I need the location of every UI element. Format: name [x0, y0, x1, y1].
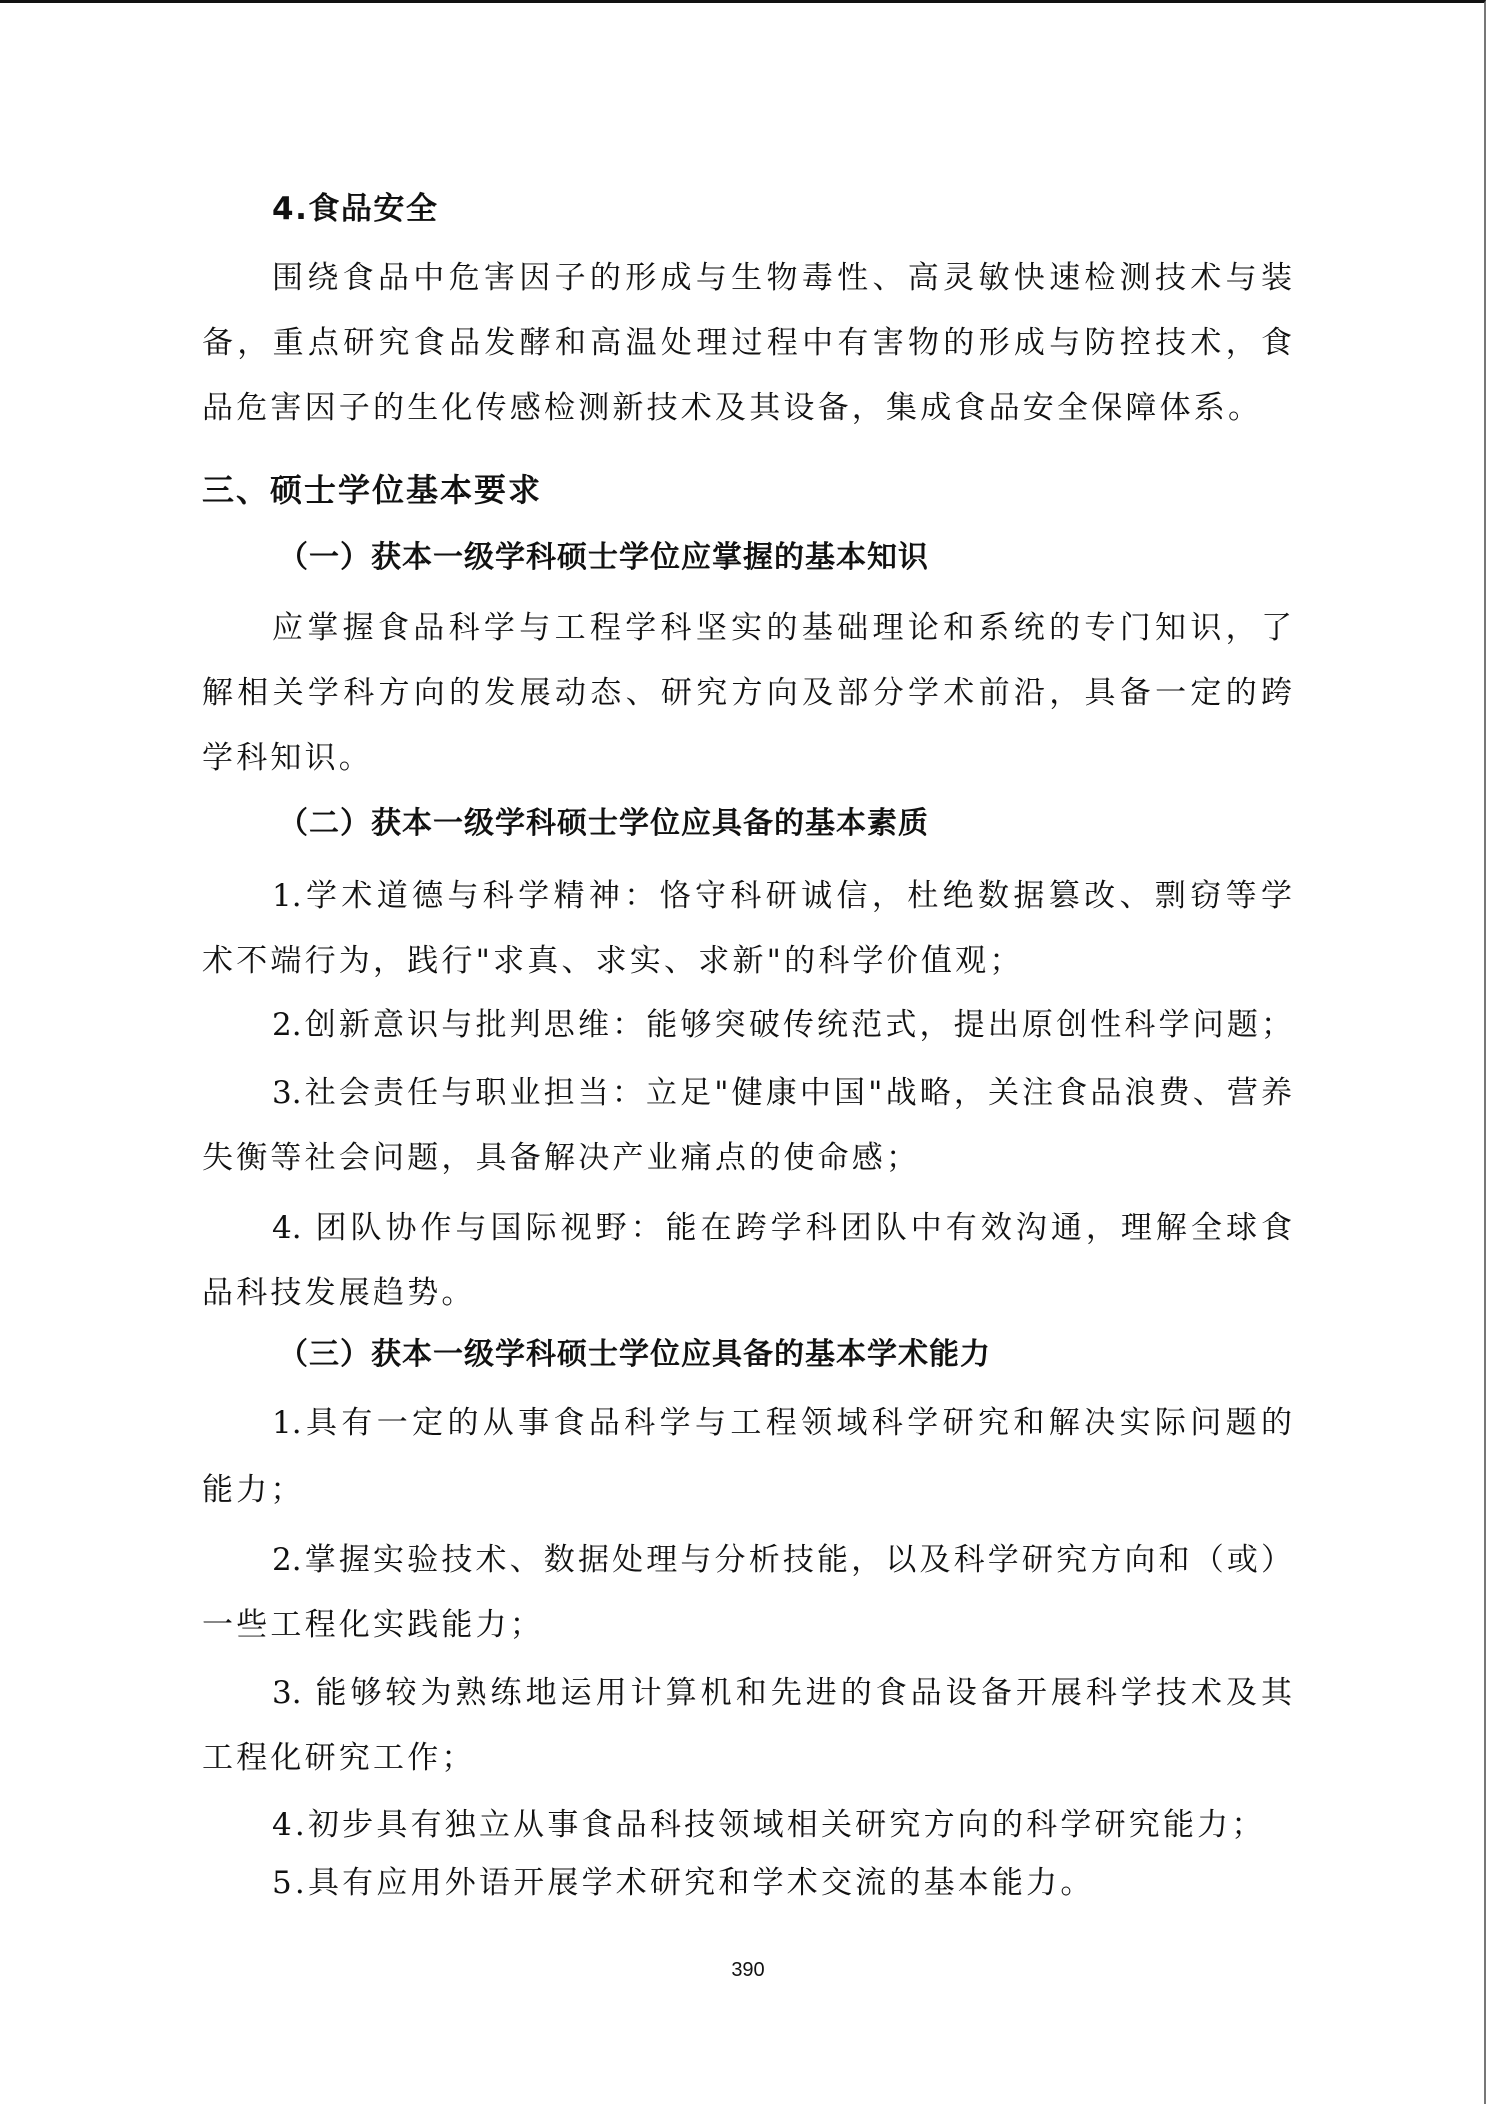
list-item-line: 2.创新意识与批判思维：能够突破传统范式，提出原创性科学问题； — [272, 1000, 1292, 1050]
list-item-line: 1.学术道德与科学精神：恪守科研诚信，杜绝数据篡改、剽窃等学 — [272, 871, 1292, 921]
list-item-line: 4. 团队协作与国际视野：能在跨学科团队中有效沟通，理解全球食 — [272, 1203, 1292, 1253]
subsection-heading-knowledge: （一）获本一级学科硕士学位应掌握的基本知识 — [278, 533, 1368, 583]
paragraph-line: 围绕食品中危害因子的形成与生物毒性、高灵敏快速检测技术与装 — [272, 253, 1292, 303]
list-item-line: 3. 能够较为熟练地运用计算机和先进的食品设备开展科学技术及其 — [272, 1668, 1292, 1718]
list-item-line: 2.掌握实验技术、数据处理与分析技能，以及科学研究方向和（或） — [272, 1535, 1292, 1585]
list-item-line: 4.初步具有独立从事食品科技领域相关研究方向的科学研究能力； — [272, 1800, 1292, 1850]
list-item-line: 3.社会责任与职业担当：立足"健康中国"战略，关注食品浪费、营养 — [272, 1068, 1292, 1118]
list-item-line: 术不端行为，践行"求真、求实、求新"的科学价值观； — [202, 936, 1292, 986]
paragraph-line: 备，重点研究食品发酵和高温处理过程中有害物的形成与防控技术，食 — [202, 318, 1292, 368]
subheading-food-safety: 4.食品安全 — [272, 184, 1292, 234]
list-item-line: 工程化研究工作； — [202, 1733, 1292, 1783]
paragraph-line: 学科知识。 — [202, 733, 1292, 783]
page-number: 390 — [724, 1959, 772, 1982]
list-item-line: 失衡等社会问题，具备解决产业痛点的使命感； — [202, 1133, 1292, 1183]
list-item-line: 能力； — [202, 1465, 1292, 1515]
subsection-heading-abilities: （三）获本一级学科硕士学位应具备的基本学术能力 — [278, 1330, 1368, 1380]
paragraph-line: 品危害因子的生化传感检测新技术及其设备，集成食品安全保障体系。 — [202, 383, 1292, 433]
list-item-line: 一些工程化实践能力； — [202, 1600, 1292, 1650]
document-page: 4.食品安全 围绕食品中危害因子的形成与生物毒性、高灵敏快速检测技术与装 备，重… — [0, 0, 1486, 2104]
paragraph-line: 应掌握食品科学与工程学科坚实的基础理论和系统的专门知识，了 — [272, 603, 1292, 653]
subsection-heading-qualities: （二）获本一级学科硕士学位应具备的基本素质 — [278, 799, 1368, 849]
paragraph-line: 解相关学科方向的发展动态、研究方向及部分学术前沿，具备一定的跨 — [202, 668, 1292, 718]
section-heading: 三、硕士学位基本要求 — [202, 465, 1292, 515]
list-item-line: 1.具有一定的从事食品科学与工程领域科学研究和解决实际问题的 — [272, 1398, 1292, 1448]
list-item-line: 品科技发展趋势。 — [202, 1268, 1292, 1318]
list-item-line: 5.具有应用外语开展学术研究和学术交流的基本能力。 — [272, 1858, 1292, 1908]
